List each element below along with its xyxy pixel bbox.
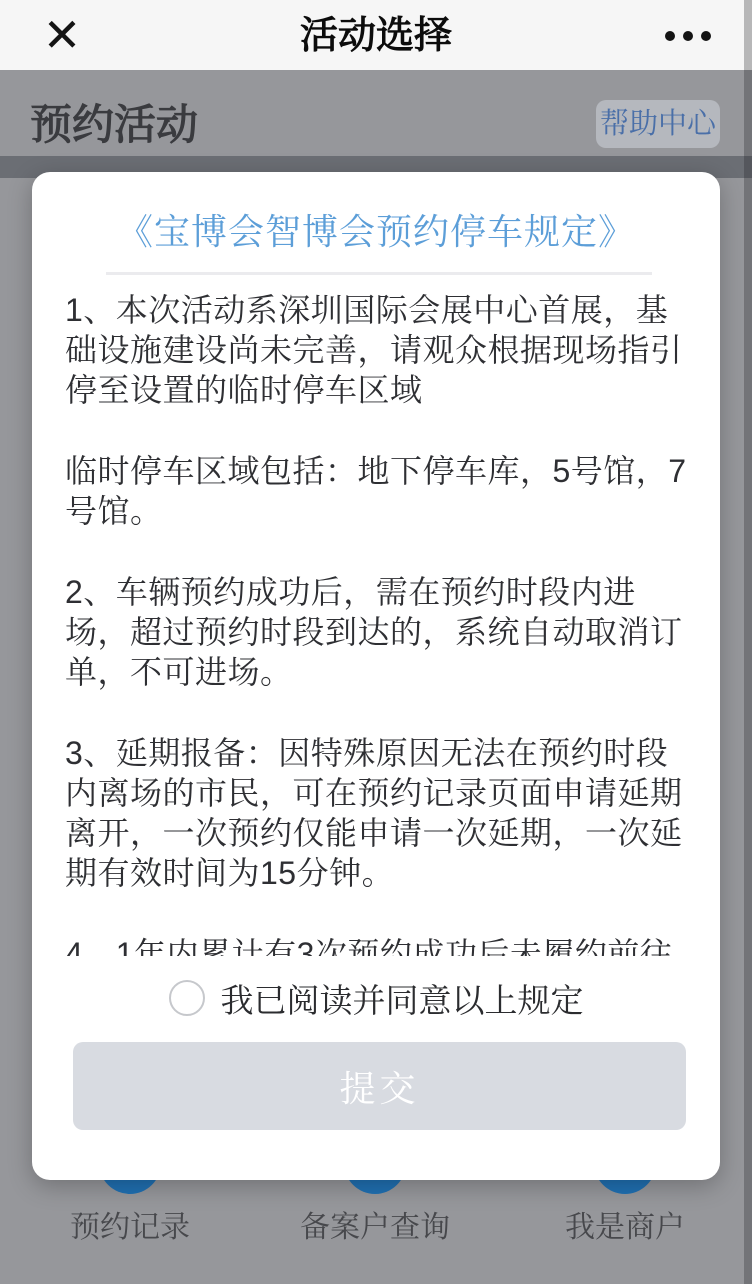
rule-paragraph: 3、延期报备：因特殊原因无法在预约时段内离场的市民，可在预约记录页面申请延期离开… — [65, 733, 695, 893]
page-title: 活动选择 — [0, 0, 752, 70]
page-scrollbar — [744, 0, 752, 1284]
modal-title: 《宝博会智博会预约停车规定》 — [32, 204, 720, 255]
more-menu-icon[interactable] — [658, 30, 718, 42]
divider — [106, 272, 652, 275]
rule-paragraph: 临时停车区域包括：地下停车库，5号馆，7号馆。 — [65, 451, 695, 531]
parking-rules-modal: 《宝博会智博会预约停车规定》 1、本次活动系深圳国际会展中心首展，基础设施建设尚… — [32, 172, 720, 1180]
rule-paragraph: 2、车辆预约成功后，需在预约时段内进场，超过预约时段到达的，系统自动取消订单，不… — [65, 572, 695, 692]
section-heading: 预约活动 — [30, 92, 198, 152]
agree-label: 我已阅读并同意以上规定 — [221, 975, 584, 1022]
navbar: ✕ 活动选择 — [0, 0, 752, 70]
help-center-button[interactable]: 帮助中心 — [596, 100, 720, 148]
submit-button[interactable]: 提交 — [73, 1042, 686, 1130]
activity-selection-screen: ✕ 活动选择 预约活动 帮助中心 预约记录 备案户查询 我是商户 《宝博会智博会… — [0, 0, 752, 1284]
agree-row[interactable]: 我已阅读并同意以上规定 — [32, 978, 720, 1018]
agree-radio[interactable] — [169, 980, 205, 1016]
tab-registered-household-query[interactable]: 备案户查询 — [265, 1202, 485, 1246]
tab-merchant[interactable]: 我是商户 — [515, 1202, 735, 1246]
rules-scroll-area[interactable]: 1、本次活动系深圳国际会展中心首展，基础设施建设尚未完善，请观众根据现场指引停至… — [65, 290, 695, 956]
tab-booking-records[interactable]: 预约记录 — [20, 1202, 240, 1246]
rule-paragraph: 4、1年内累计有3次预约成功后未履约前往情 — [65, 934, 695, 956]
rule-paragraph: 1、本次活动系深圳国际会展中心首展，基础设施建设尚未完善，请观众根据现场指引停至… — [65, 290, 695, 410]
